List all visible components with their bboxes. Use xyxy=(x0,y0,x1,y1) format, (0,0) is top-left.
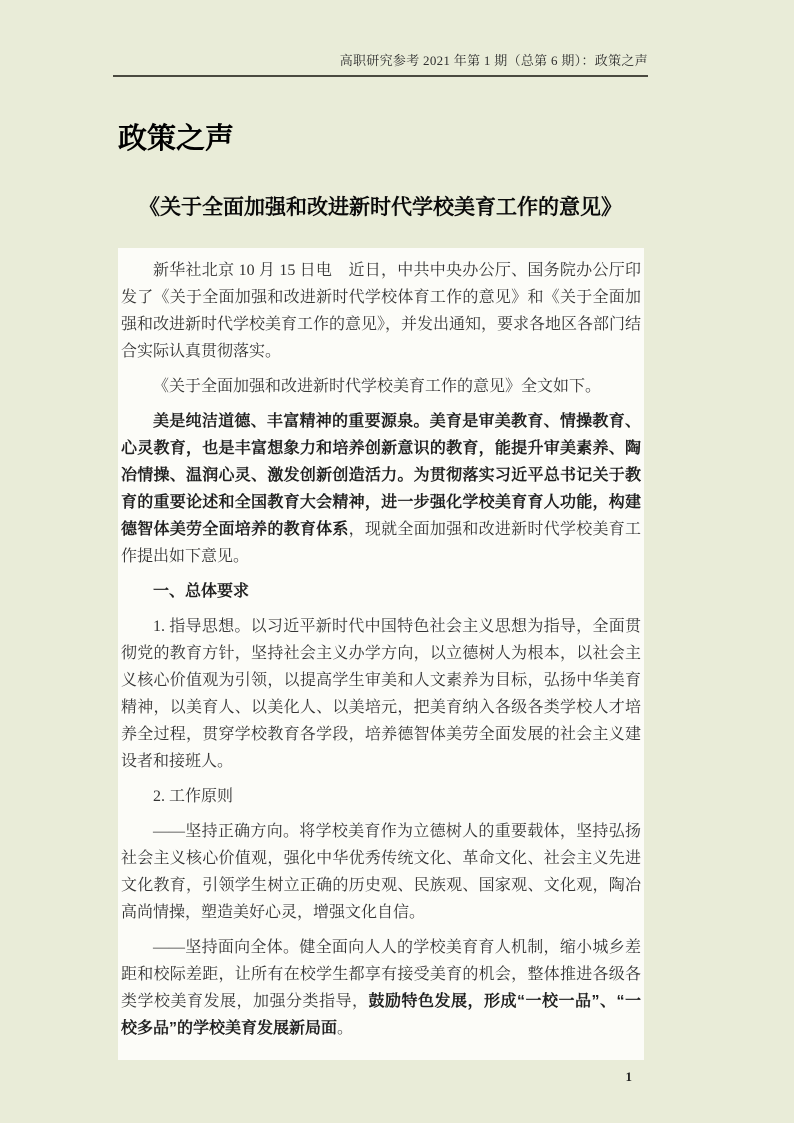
page-header: 高职研究参考 2021 年第 1 期（总第 6 期）：政策之声 xyxy=(113,0,648,77)
section-heading: 一、总体要求 xyxy=(121,578,641,605)
paragraph: 美是纯洁道德、丰富精神的重要源泉。美育是审美教育、情操教育、心灵教育，也是丰富想… xyxy=(121,408,641,570)
paragraph: ——坚持面向全体。健全面向人人的学校美育育人机制，缩小城乡差距和校际差距，让所有… xyxy=(121,934,641,1042)
text-run: 1. 指导思想。以习近平新时代中国特色社会主义思想为指导，全面贯彻党的教育方针，… xyxy=(121,618,641,770)
paragraph: 2. 工作原则 xyxy=(121,783,641,810)
content-box: 新华社北京 10 月 15 日电 近日，中共中央办公厅、国务院办公厅印发了《关于… xyxy=(118,248,644,1060)
text-run: 。 xyxy=(337,1020,353,1037)
text-run: 新华社北京 10 月 15 日电 近日，中共中央办公厅、国务院办公厅印发了《关于… xyxy=(121,262,641,360)
page-number: 1 xyxy=(113,1069,648,1085)
content-column: 高职研究参考 2021 年第 1 期（总第 6 期）：政策之声 政策之声 《关于… xyxy=(113,0,648,1085)
paragraph: 新华社北京 10 月 15 日电 近日，中共中央办公厅、国务院办公厅印发了《关于… xyxy=(121,257,641,365)
paragraph: 1. 指导思想。以习近平新时代中国特色社会主义思想为指导，全面贯彻党的教育方针，… xyxy=(121,613,641,775)
text-run: ——坚持正确方向。将学校美育作为立德树人的重要载体，坚持弘扬社会主义核心价值观，… xyxy=(121,823,641,921)
header-text: 高职研究参考 2021 年第 1 期（总第 6 期）：政策之声 xyxy=(340,53,648,68)
bold-text-run: 美是纯洁道德、丰富精神的重要源泉。美育是审美教育、情操教育、心灵教育，也是丰富想… xyxy=(121,413,641,538)
paragraph: 《关于全面加强和改进新时代学校美育工作的意见》全文如下。 xyxy=(121,373,641,400)
document-page: 高职研究参考 2021 年第 1 期（总第 6 期）：政策之声 政策之声 《关于… xyxy=(0,0,794,1123)
text-run: 《关于全面加强和改进新时代学校美育工作的意见》全文如下。 xyxy=(153,378,601,395)
section-title: 政策之声 xyxy=(118,122,648,157)
text-run: 2. 工作原则 xyxy=(153,788,233,805)
paragraph: ——坚持正确方向。将学校美育作为立德树人的重要载体，坚持弘扬社会主义核心价值观，… xyxy=(121,818,641,926)
bold-text-run: 一、总体要求 xyxy=(153,583,249,600)
document-title: 《关于全面加强和改进新时代学校美育工作的意见》 xyxy=(113,195,648,220)
